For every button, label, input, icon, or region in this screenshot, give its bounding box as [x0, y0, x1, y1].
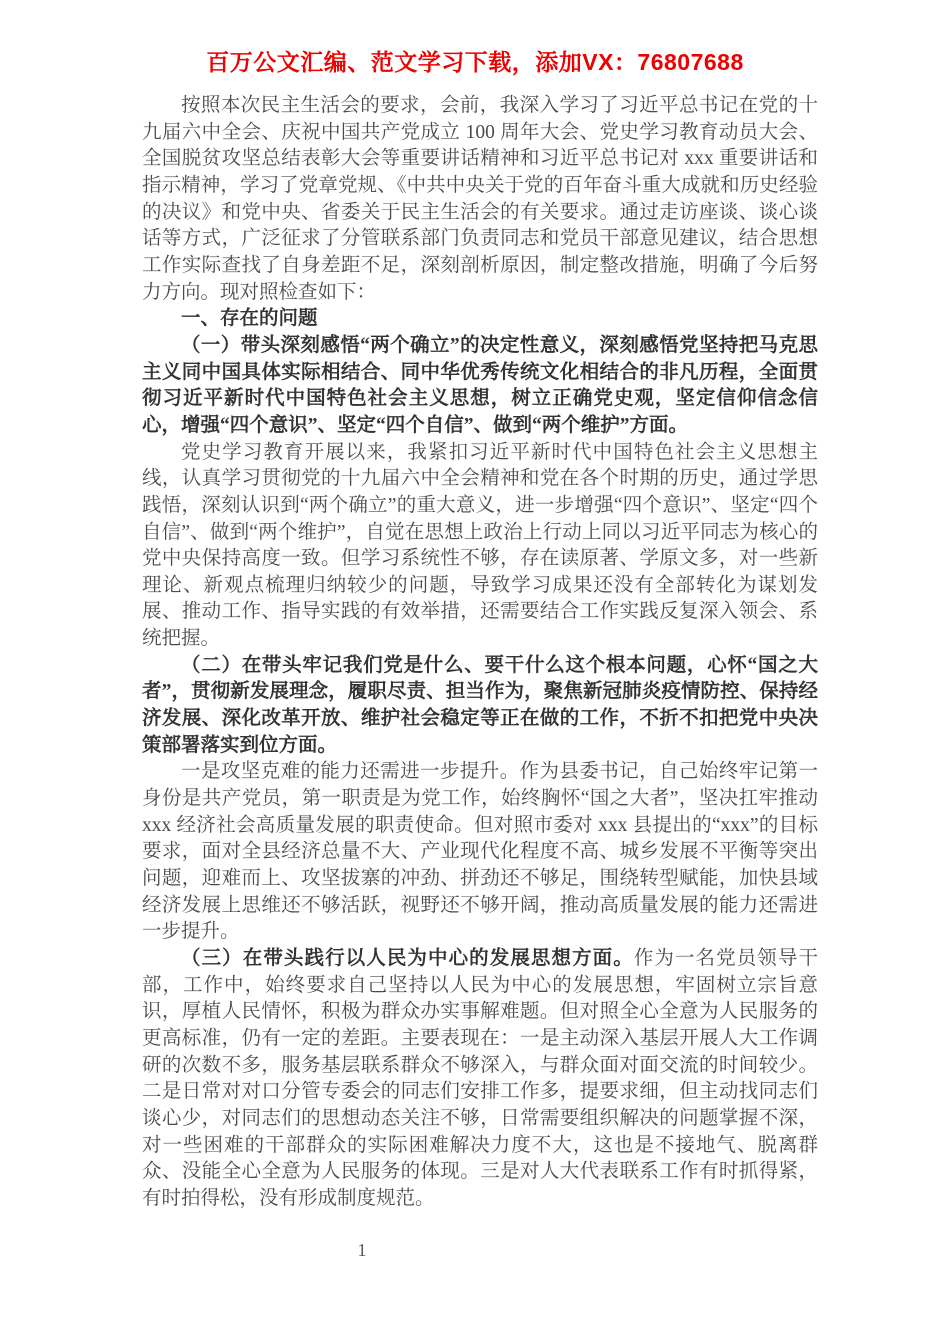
- text-run: 作为一名党员领导干部，工作中，始终要求自己坚持以人民为中心的发展思想，牢固树立宗…: [142, 948, 818, 1209]
- paragraph: 一是攻坚克难的能力还需进一步提升。作为县委书记，自己始终牢记第一身份是共产党员，…: [142, 759, 818, 946]
- paragraph: 党史学习教育开展以来，我紧扣习近平新时代中国特色社会主义思想主线，认真学习贯彻党…: [142, 440, 818, 653]
- page-number: 1: [350, 1240, 374, 1261]
- paragraph: 一、存在的问题: [142, 306, 818, 333]
- bold-text-run: （二）在带头牢记我们党是什么、要干什么这个根本问题，心怀“国之大者”，贯彻新发展…: [142, 655, 818, 756]
- text-run: 按照本次民主生活会的要求，会前，我深入学习了习近平总书记在党的十九届六中全会、庆…: [142, 95, 818, 303]
- paragraph: （一）带头深刻感悟“两个确立”的决定性意义，深刻感悟党坚持把马克思主义同中国具体…: [142, 333, 818, 440]
- document-page: 百万公文汇编、范文学习下载，添加VX：76807688 按照本次民主生活会的要求…: [0, 0, 950, 1344]
- paragraph: （二）在带头牢记我们党是什么、要干什么这个根本问题，心怀“国之大者”，贯彻新发展…: [142, 653, 818, 760]
- bold-text-run: （三）在带头践行以人民为中心的发展思想方面。: [181, 948, 634, 969]
- header-promo-notice: 百万公文汇编、范文学习下载，添加VX：76807688: [0, 44, 950, 77]
- paragraph: （三）在带头践行以人民为中心的发展思想方面。作为一名党员领导干部，工作中，始终要…: [142, 946, 818, 1213]
- paragraph: 按照本次民主生活会的要求，会前，我深入学习了习近平总书记在党的十九届六中全会、庆…: [142, 93, 818, 306]
- text-run: 一是攻坚克难的能力还需进一步提升。作为县委书记，自己始终牢记第一身份是共产党员，…: [142, 761, 818, 942]
- text-run: 党史学习教育开展以来，我紧扣习近平新时代中国特色社会主义思想主线，认真学习贯彻党…: [142, 442, 818, 650]
- bold-text-run: （一）带头深刻感悟“两个确立”的决定性意义，深刻感悟党坚持把马克思主义同中国具体…: [142, 335, 818, 436]
- bold-text-run: 一、存在的问题: [181, 308, 318, 329]
- document-body: 按照本次民主生活会的要求，会前，我深入学习了习近平总书记在党的十九届六中全会、庆…: [142, 93, 818, 1213]
